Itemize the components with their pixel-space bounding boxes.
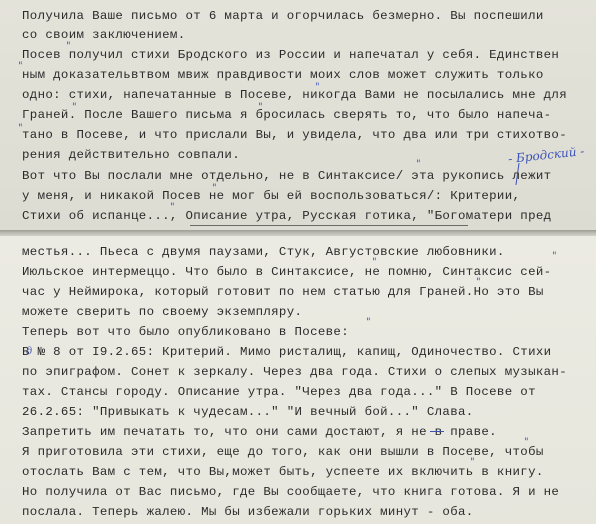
letter-line: рения действительно совпали. (22, 147, 240, 163)
letter-line: Но получила от Вас письмо, где Вы сообща… (22, 484, 559, 500)
letter-line: Вот что Вы послали мне отдельно, не в Си… (22, 168, 551, 184)
letter-line: Запретить им печатать то, что они сами д… (22, 424, 497, 440)
quote-tick: " (476, 278, 481, 288)
letter-line: В № 8 от I9.2.65: Критерий. Мимо ристали… (22, 344, 551, 360)
letter-line: Теперь вот что было опубликовано в Посев… (22, 324, 349, 340)
letter-line: Посев получил стихи Бродского из России … (22, 47, 559, 63)
quote-tick: " (552, 252, 557, 262)
letter-line: местья... Пьеса с двумя паузами, Стук, А… (22, 244, 505, 260)
letter-line: можете сверить по своему экземпляру. (22, 304, 302, 320)
quote-tick: " (416, 160, 421, 170)
letter-line: тано в Посеве, и что прислали Вы, и увид… (22, 127, 567, 143)
letter-line: тах. Стансы городу. Описание утра. "Чере… (22, 384, 536, 400)
quote-tick: " (366, 318, 371, 328)
letter-line: одно: стихи, напечатанные в Посеве, нико… (22, 87, 567, 103)
letter-line: Я приготовила эти стихи, еще до того, ка… (22, 444, 544, 460)
quote-tick: " (524, 438, 529, 448)
quote-tick: " (258, 103, 263, 113)
handwritten-strike (430, 431, 444, 432)
quote-tick: " (470, 458, 475, 468)
quote-tick: " (315, 83, 320, 93)
typed-underline (190, 225, 468, 226)
letter-line: час у Неймирока, который готовит по нем … (22, 284, 544, 300)
quote-tick: " (66, 42, 71, 52)
letter-line: ным доказательвтвом мвиж правдивости мои… (22, 67, 544, 83)
quote-tick: " (212, 184, 217, 194)
letter-line: со своим заключением. (22, 27, 186, 43)
letter-line: у меня, и никакой Посев не мог бы ей вос… (22, 188, 520, 204)
quote-tick: " (372, 258, 377, 268)
letter-line: Июльское интермеццо. Что было в Синтакси… (22, 264, 551, 280)
quote-tick: " (72, 103, 77, 113)
letter-line: Стихи об испанце..., Описание утра, Русс… (22, 208, 551, 224)
handwritten-correction: д (25, 346, 32, 358)
letter-line: Граней. После Вашего письма я бросилась … (22, 107, 551, 123)
quote-tick: " (18, 62, 23, 72)
letter-line: по эпиграфом. Сонет к зеркалу. Через два… (22, 364, 567, 380)
quote-tick: " (170, 203, 175, 213)
letter-line: отослать Вам с тем, что Вы,может быть, у… (22, 464, 544, 480)
letter-line: Получила Ваше письмо от 6 марта и огорчи… (22, 8, 544, 24)
quote-tick: " (18, 124, 23, 134)
letter-line: послала. Теперь жалею. Мы бы избежали го… (22, 504, 474, 520)
letter-line: 26.2.65: "Привыкать к чудесам..." "И веч… (22, 404, 474, 420)
